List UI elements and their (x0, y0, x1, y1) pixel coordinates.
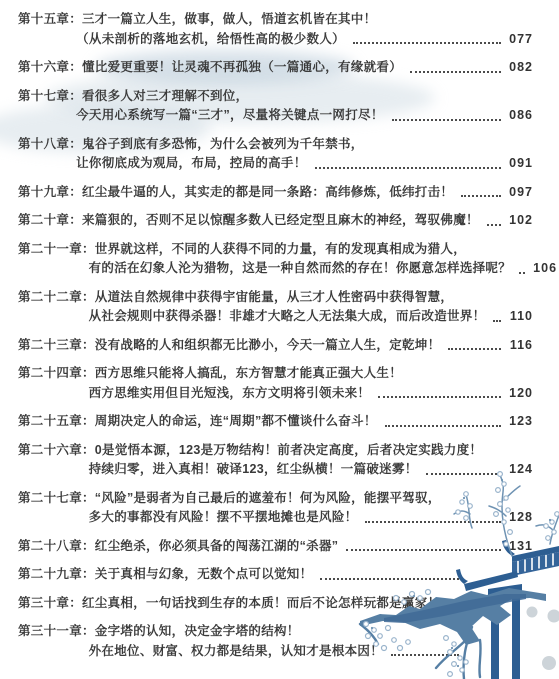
toc-line: 第二十八章：红尘绝杀，你必须具备的闯荡江湖的“杀器”131 (18, 537, 533, 557)
page-number: 077 (507, 30, 533, 50)
toc-line: 第十五章：三才一篇立人生，做事，做人，悟道玄机皆在其中！ (18, 10, 533, 30)
dot-leader (365, 521, 501, 523)
chapter-label-and-title: 第二十七章：“风险”是弱者为自己最后的遮羞布！何为风险，能摆平驾驭， (18, 489, 441, 509)
page-number: 106 (531, 259, 557, 279)
toc-line: 第二十三章：没有战略的人和组织都无比渺小，今天一篇立人生，定乾坤！116 (18, 336, 533, 356)
page-number: 120 (507, 384, 533, 404)
chapter-label-and-title: 第二十一章：世界就这样，不同的人获得不同的力量，有的发现真相成为猎人， (18, 240, 466, 260)
toc-entry: 第二十四章：西方思维只能将人搞乱，东方智慧才能真正强大人生！西方思维实用但目光短… (18, 364, 533, 403)
dot-leader (487, 224, 501, 226)
chapter-title-continuation: 西方思维实用但目光短浅，东方文明将引领未来！ (89, 384, 371, 404)
toc-line: 第二十五章：周期决定人的命运，连“周期”都不懂谈什么奋斗！123 (18, 412, 533, 432)
toc-line: 第二十章：来篇狠的，否则不足以惊醒多数人已经定型且麻木的神经，驾驭佛魔！102 (18, 211, 533, 231)
dot-leader (410, 71, 501, 73)
page-number: 110 (507, 307, 533, 327)
page-number: 091 (507, 154, 533, 174)
dot-leader (385, 425, 501, 427)
toc-line: 外在地位、财富、权力都是结果，认知才是根本因！ (18, 642, 533, 662)
dot-leader (391, 654, 459, 656)
toc-line: 第三十章：红尘真相，一句话找到生存的本质！而后不论怎样玩都是赢家！ (18, 594, 533, 614)
dot-leader (448, 606, 459, 608)
toc-line: 让你彻底成为观局，布局，控局的高手！091 (18, 154, 533, 174)
toc-entry: 第二十九章：关于真相与幻象，无数个点可以觉知！ (18, 565, 533, 585)
chapter-label-and-title: 第十七章：看很多人对三才理解不到位， (18, 87, 248, 107)
chapter-title-continuation: 多大的事都没有风险！摆不平摆地摊也是风险！ (89, 508, 358, 528)
chapter-label-and-title: 第十九章：红尘最牛逼的人，其实走的都是同一条路：高纬修炼，低纬打击！ (18, 183, 453, 203)
chapter-title-continuation: 让你彻底成为观局，布局，控局的高手！ (76, 154, 306, 174)
page-number: 124 (507, 460, 533, 480)
chapter-label-and-title: 第三十一章：金字塔的认知，决定金字塔的结构！ (18, 622, 300, 642)
toc-line: 第十九章：红尘最牛逼的人，其实走的都是同一条路：高纬修炼，低纬打击！097 (18, 183, 533, 203)
toc-entry: 第二十章：来篇狠的，否则不足以惊醒多数人已经定型且麻木的神经，驾驭佛魔！102 (18, 211, 533, 231)
dot-leader (461, 195, 501, 197)
chapter-label-and-title: 第十五章：三才一篇立人生，做事，做人，悟道玄机皆在其中！ (18, 10, 376, 30)
toc-entry: 第三十一章：金字塔的认知，决定金字塔的结构！外在地位、财富、权力都是结果，认知才… (18, 622, 533, 661)
page-number: 128 (507, 508, 533, 528)
chapter-label-and-title: 第二十四章：西方思维只能将人搞乱，东方智慧才能真正强大人生！ (18, 364, 402, 384)
toc-line: （从未剖析的落地玄机，给悟性高的极少数人）077 (18, 30, 533, 50)
toc-line: 持续归零，进入真相！破译123，红尘纵横！一篇破迷雾！124 (18, 460, 533, 480)
chapter-label-and-title: 第二十二章：从道法自然规律中获得宇宙能量，从三才人性密码中获得智慧， (18, 288, 453, 308)
toc-line: 从社会规则中获得杀器！非雄才大略之人无法集大成，而后改造世界！110 (18, 307, 533, 327)
page-number: 086 (507, 106, 533, 126)
page-number: 116 (507, 336, 533, 356)
dot-leader (519, 272, 525, 274)
toc-line: 多大的事都没有风险！摆不平摆地摊也是风险！128 (18, 508, 533, 528)
chapter-label-and-title: 第二十五章：周期决定人的命运，连“周期”都不懂谈什么奋斗！ (18, 412, 377, 432)
toc-entry: 第十六章：懂比爱更重要！让灵魂不再孤独（一篇通心，有缘就看）082 (18, 58, 533, 78)
chapter-title-continuation: 持续归零，进入真相！破译123，红尘纵横！一篇破迷雾！ (89, 460, 418, 480)
dot-leader (378, 396, 501, 398)
toc-line: 第三十一章：金字塔的认知，决定金字塔的结构！ (18, 622, 533, 642)
toc-entry: 第二十八章：红尘绝杀，你必须具备的闯荡江湖的“杀器”131 (18, 537, 533, 557)
chapter-label-and-title: 第二十八章：红尘绝杀，你必须具备的闯荡江湖的“杀器” (18, 537, 338, 557)
chapter-label-and-title: 第三十章：红尘真相，一句话找到生存的本质！而后不论怎样玩都是赢家！ (18, 594, 440, 614)
toc-entry: 第十八章：鬼谷子到底有多恐怖，为什么会被列为千年禁书，让你彻底成为观局，布局，控… (18, 135, 533, 174)
chapter-label-and-title: 第二十六章：0是觉悟本源，123是万物结构！前者决定高度，后者决定实践力度！ (18, 441, 482, 461)
chapter-label-and-title: 第十八章：鬼谷子到底有多恐怖，为什么会被列为千年禁书， (18, 135, 364, 155)
dot-leader (346, 549, 501, 551)
chapter-label-and-title: 第二十九章：关于真相与幻象，无数个点可以觉知！ (18, 565, 312, 585)
toc-entry: 第十九章：红尘最牛逼的人，其实走的都是同一条路：高纬修炼，低纬打击！097 (18, 183, 533, 203)
dot-leader (426, 473, 501, 475)
chapter-label-and-title: 第十六章：懂比爱更重要！让灵魂不再孤独（一篇通心，有缘就看） (18, 58, 402, 78)
dot-leader (315, 167, 501, 169)
page-number: 082 (507, 58, 533, 78)
dot-leader (392, 119, 501, 121)
toc-line: 西方思维实用但目光短浅，东方文明将引领未来！120 (18, 384, 533, 404)
toc-line: 有的活在幻象人沦为猎物，这是一种自然而然的存在！你愿意怎样选择呢？106 (18, 259, 533, 279)
table-of-contents: 第十五章：三才一篇立人生，做事，做人，悟道玄机皆在其中！（从未剖析的落地玄机，给… (0, 0, 559, 661)
page-number: 097 (507, 183, 533, 203)
page-number: 131 (507, 537, 533, 557)
toc-line: 第十八章：鬼谷子到底有多恐怖，为什么会被列为千年禁书， (18, 135, 533, 155)
toc-entry: 第三十章：红尘真相，一句话找到生存的本质！而后不论怎样玩都是赢家！ (18, 594, 533, 614)
chapter-title-continuation: 外在地位、财富、权力都是结果，认知才是根本因！ (89, 642, 383, 662)
toc-line: 今天用心系统写一篇“三才”，尽量将关键点一网打尽！086 (18, 106, 533, 126)
toc-entry: 第二十五章：周期决定人的命运，连“周期”都不懂谈什么奋斗！123 (18, 412, 533, 432)
dot-leader (320, 578, 459, 580)
toc-line: 第二十七章：“风险”是弱者为自己最后的遮羞布！何为风险，能摆平驾驭， (18, 489, 533, 509)
toc-line: 第十六章：懂比爱更重要！让灵魂不再孤独（一篇通心，有缘就看）082 (18, 58, 533, 78)
page-number: 102 (507, 211, 533, 231)
toc-line: 第二十六章：0是觉悟本源，123是万物结构！前者决定高度，后者决定实践力度！ (18, 441, 533, 461)
toc-line: 第二十九章：关于真相与幻象，无数个点可以觉知！ (18, 565, 533, 585)
toc-page: 第十五章：三才一篇立人生，做事，做人，悟道玄机皆在其中！（从未剖析的落地玄机，给… (0, 0, 559, 679)
chapter-label-and-title: 第二十三章：没有战略的人和组织都无比渺小，今天一篇立人生，定乾坤！ (18, 336, 440, 356)
toc-entry: 第二十一章：世界就这样，不同的人获得不同的力量，有的发现真相成为猎人，有的活在幻… (18, 240, 533, 279)
toc-entry: 第二十二章：从道法自然规律中获得宇宙能量，从三才人性密码中获得智慧，从社会规则中… (18, 288, 533, 327)
toc-entry: 第二十七章：“风险”是弱者为自己最后的遮羞布！何为风险，能摆平驾驭，多大的事都没… (18, 489, 533, 528)
toc-entry: 第二十六章：0是觉悟本源，123是万物结构！前者决定高度，后者决定实践力度！持续… (18, 441, 533, 480)
chapter-title-continuation: （从未剖析的落地玄机，给悟性高的极少数人） (76, 30, 345, 50)
toc-entry: 第二十三章：没有战略的人和组织都无比渺小，今天一篇立人生，定乾坤！116 (18, 336, 533, 356)
dot-leader (493, 320, 501, 322)
dot-leader (448, 348, 501, 350)
chapter-title-continuation: 从社会规则中获得杀器！非雄才大略之人无法集大成，而后改造世界！ (89, 307, 486, 327)
toc-line: 第二十一章：世界就这样，不同的人获得不同的力量，有的发现真相成为猎人， (18, 240, 533, 260)
chapter-title-continuation: 今天用心系统写一篇“三才”，尽量将关键点一网打尽！ (76, 106, 384, 126)
toc-line: 第二十四章：西方思维只能将人搞乱，东方智慧才能真正强大人生！ (18, 364, 533, 384)
toc-entry: 第十七章：看很多人对三才理解不到位，今天用心系统写一篇“三才”，尽量将关键点一网… (18, 87, 533, 126)
toc-line: 第二十二章：从道法自然规律中获得宇宙能量，从三才人性密码中获得智慧， (18, 288, 533, 308)
chapter-label-and-title: 第二十章：来篇狠的，否则不足以惊醒多数人已经定型且麻木的神经，驾驭佛魔！ (18, 211, 479, 231)
dot-leader (353, 42, 501, 44)
page-number: 123 (507, 412, 533, 432)
chapter-title-continuation: 有的活在幻象人沦为猎物，这是一种自然而然的存在！你愿意怎样选择呢？ (89, 259, 511, 279)
toc-line: 第十七章：看很多人对三才理解不到位， (18, 87, 533, 107)
toc-entry: 第十五章：三才一篇立人生，做事，做人，悟道玄机皆在其中！（从未剖析的落地玄机，给… (18, 10, 533, 49)
